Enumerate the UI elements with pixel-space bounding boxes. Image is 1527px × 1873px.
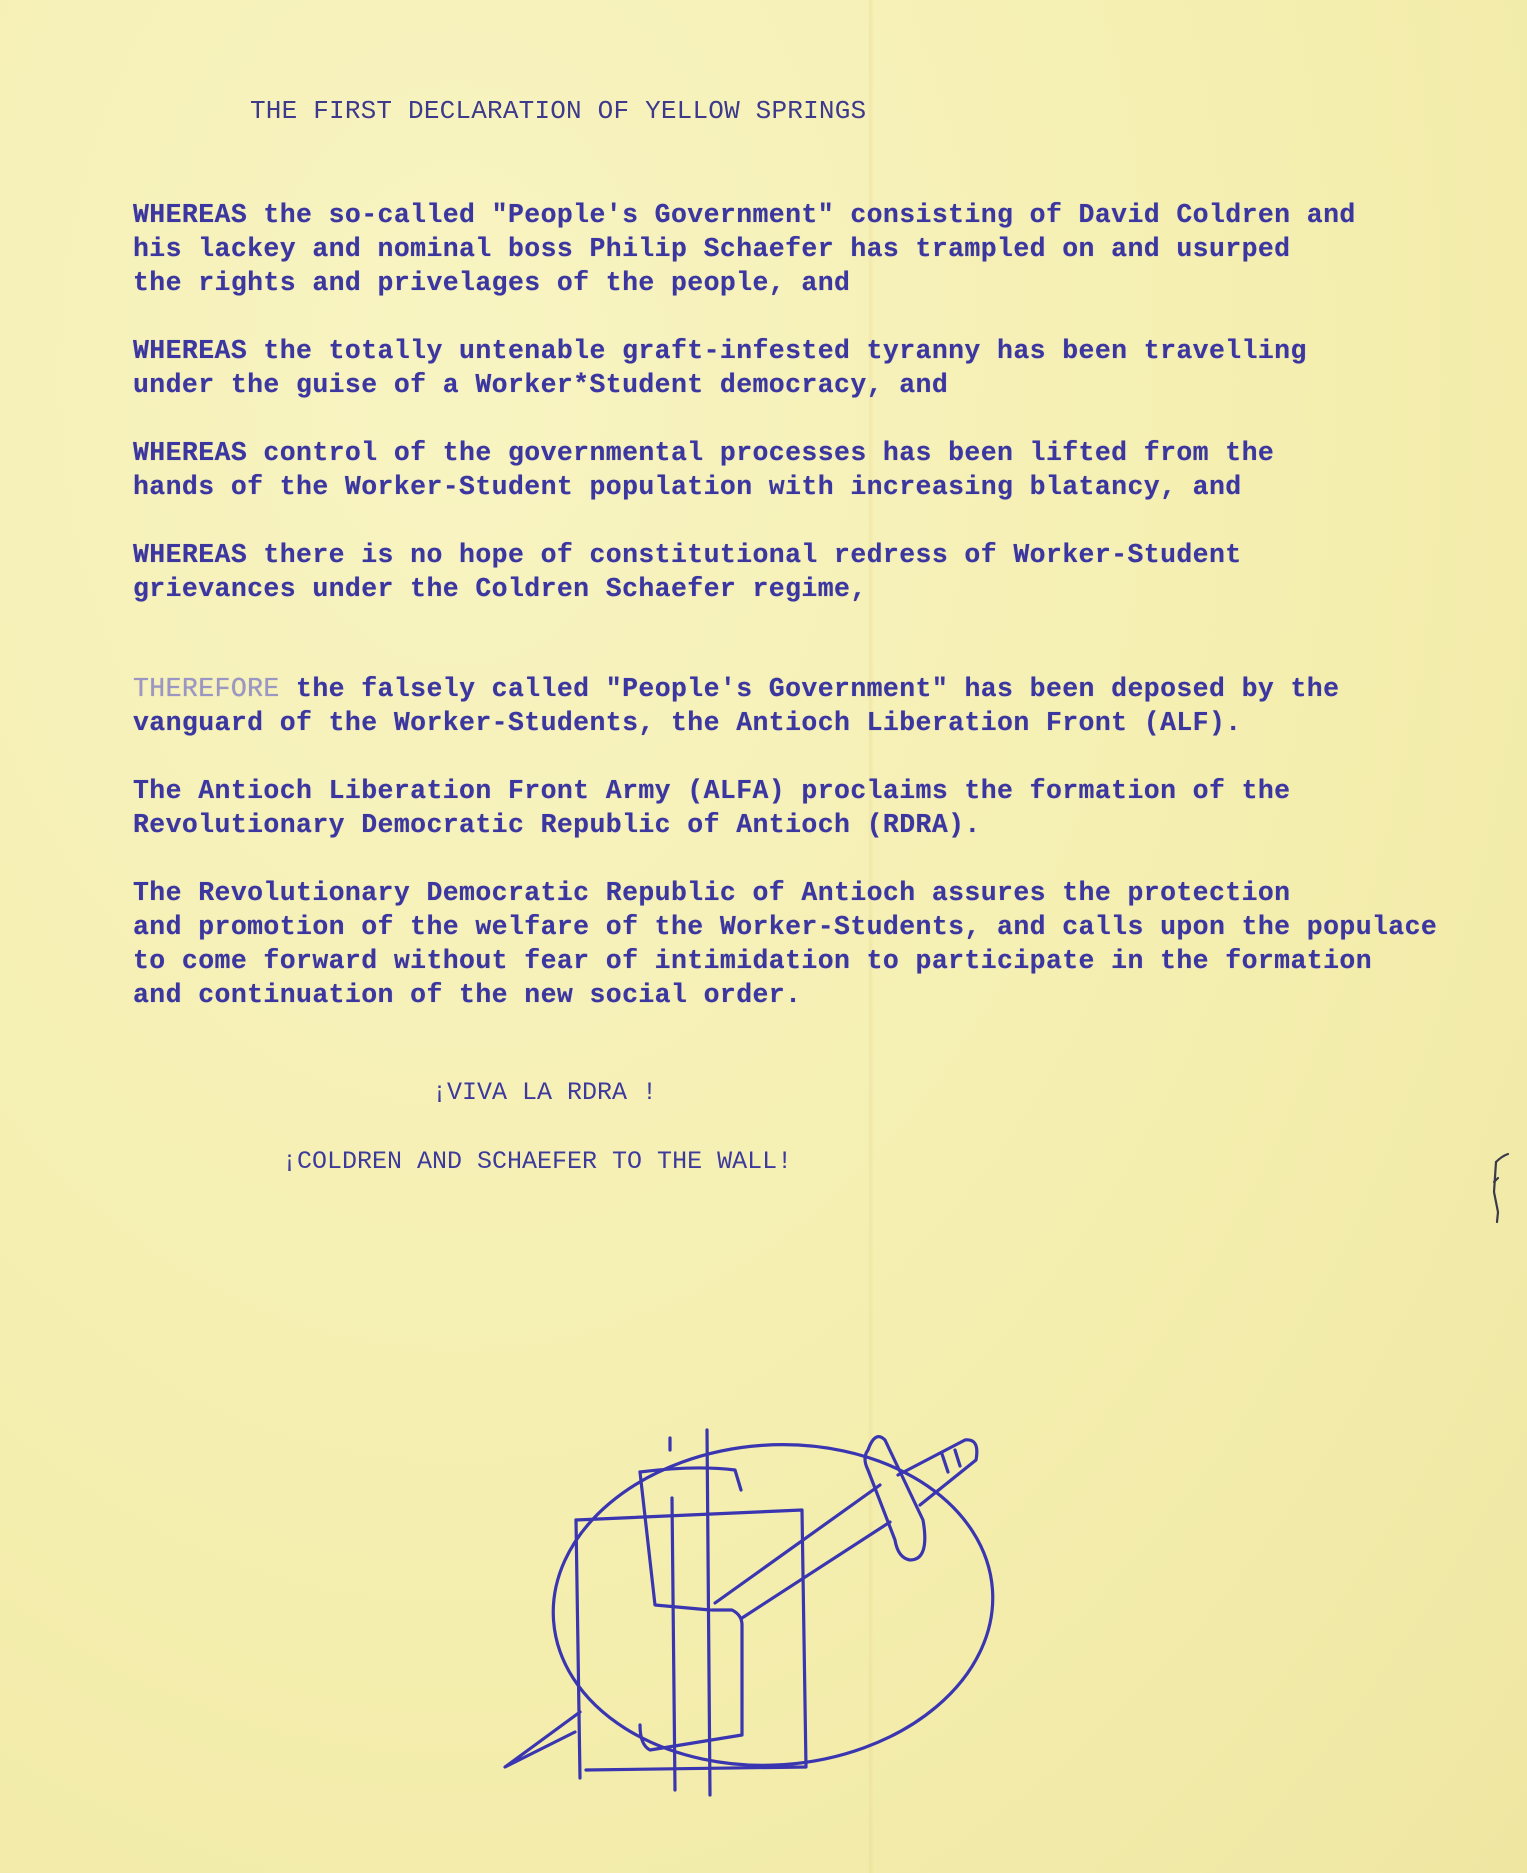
document-title: THE FIRST DECLARATION OF YELLOW SPRINGS — [250, 96, 866, 126]
whereas-1-line-2: his lackey and nominal boss Philip Schae… — [133, 232, 1290, 266]
whereas-2-line-1: WHEREAS the totally untenable graft-infe… — [133, 334, 1307, 368]
therefore-line-1: THEREFORE the falsely called "People's G… — [133, 672, 1339, 706]
whereas-3-line-2: hands of the Worker-Student population w… — [133, 470, 1242, 504]
whereas-2-line-2: under the guise of a Worker*Student demo… — [133, 368, 948, 402]
whereas-4-line-1: WHEREAS there is no hope of constitution… — [133, 538, 1242, 572]
therefore-line-1-text: the falsely called "People's Government"… — [280, 674, 1340, 704]
whereas-3-line-1: WHEREAS control of the governmental proc… — [133, 436, 1274, 470]
assurance-line-4: and continuation of the new social order… — [133, 978, 801, 1012]
assurance-line-3: to come forward without fear of intimida… — [133, 944, 1372, 978]
assurance-line-1: The Revolutionary Democratic Republic of… — [133, 876, 1290, 910]
slogan-viva: ¡VIVA LA RDRA ! — [432, 1078, 657, 1107]
whereas-1-line-1: WHEREAS the so-called "People's Governme… — [133, 198, 1356, 232]
proclamation-line-1: The Antioch Liberation Front Army (ALFA)… — [133, 774, 1290, 808]
assurance-line-2: and promotion of the welfare of the Work… — [133, 910, 1437, 944]
margin-ink-mark-icon — [1488, 1152, 1512, 1232]
therefore-line-2: vanguard of the Worker-Students, the Ant… — [133, 706, 1242, 740]
proclamation-line-2: Revolutionary Democratic Republic of Ant… — [133, 808, 981, 842]
whereas-1-line-3: the rights and privelages of the people,… — [133, 266, 850, 300]
slogan-wall: ¡COLDREN AND SCHAEFER TO THE WALL! — [282, 1147, 792, 1176]
therefore-lead-word: THEREFORE — [133, 674, 280, 704]
emblem-globe-sword-icon — [480, 1410, 1020, 1810]
whereas-4-line-2: grievances under the Coldren Schaefer re… — [133, 572, 867, 606]
